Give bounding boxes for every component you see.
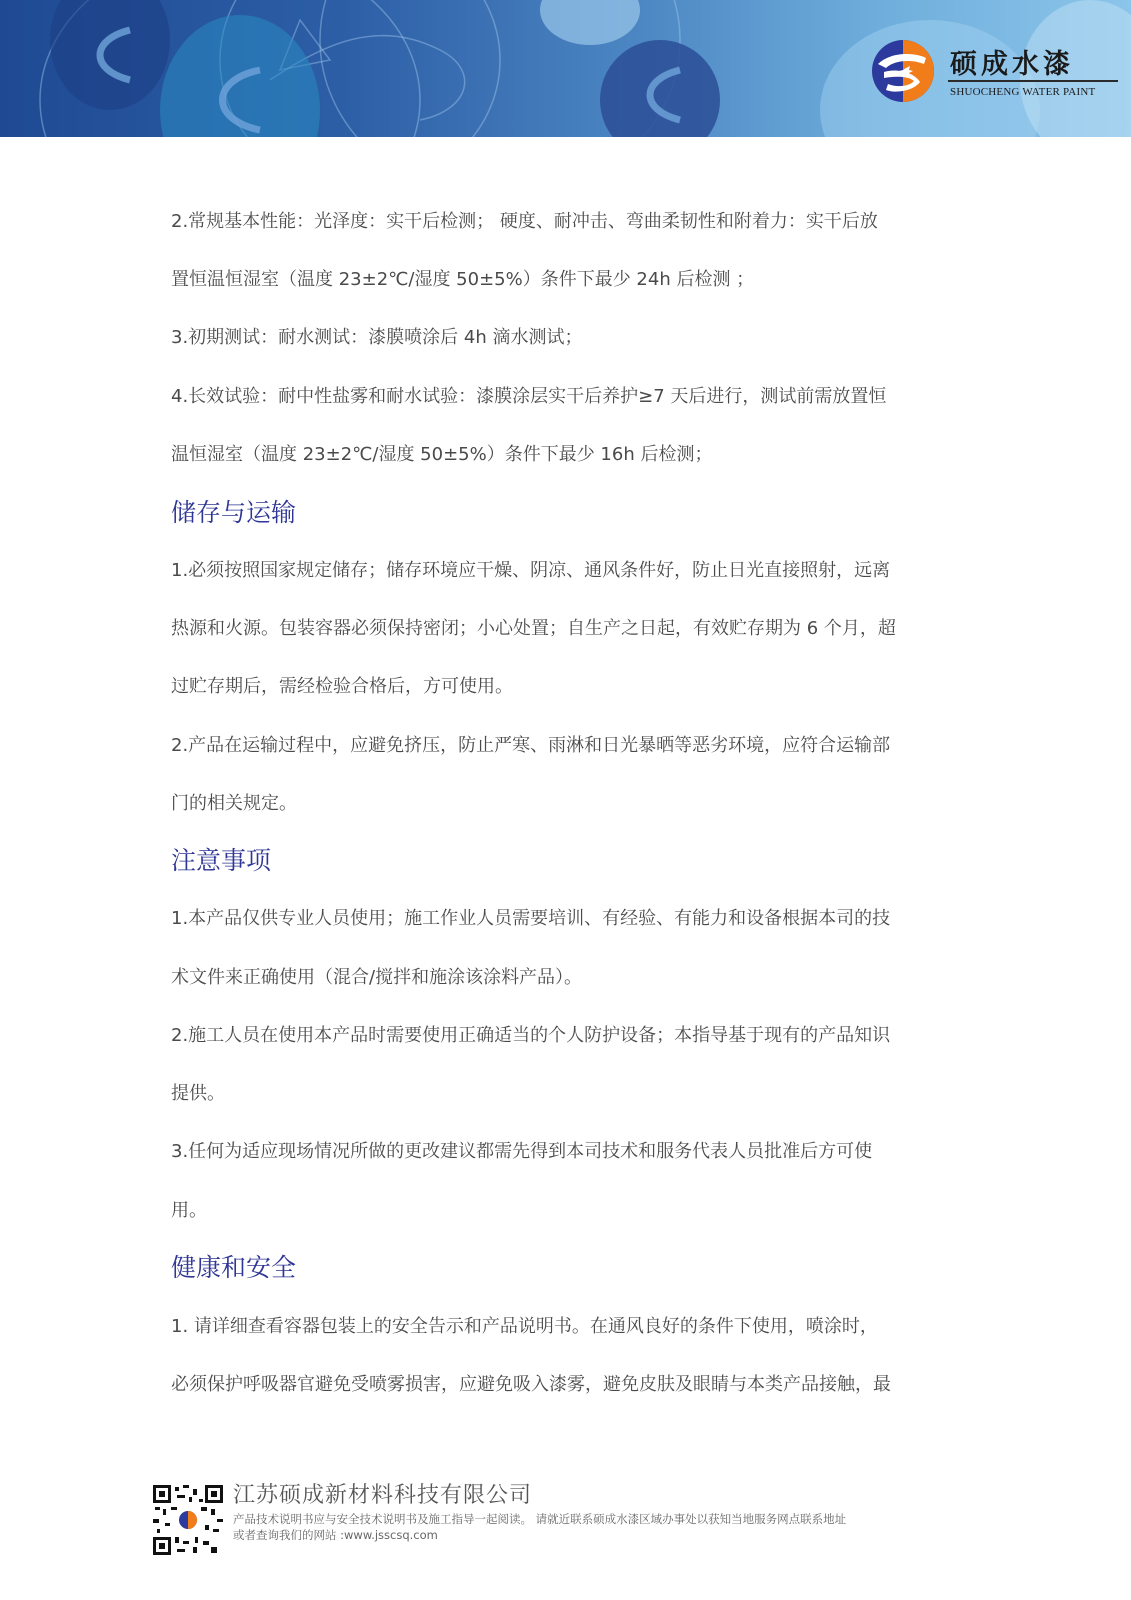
- brand-name-cn: 硕成水漆: [950, 42, 1074, 81]
- brand-name-en: SHUOCHENG WATER PAINT: [950, 86, 1095, 98]
- company-name: 江苏硕成新材料科技有限公司: [233, 1478, 532, 1509]
- paragraph-line: 3.任何为适应现场情况所做的更改建议都需先得到本司技术和服务代表人员批准后方可使: [171, 1140, 961, 1164]
- paragraph-line: 2.施工人员在使用本产品时需要使用正确适当的个人防护设备；本指导基于现有的产品知…: [171, 1024, 961, 1048]
- footer-website-note: 或者查询我们的网站 :www.jsscsq.com: [233, 1527, 953, 1543]
- brand-logo-icon: [870, 38, 936, 104]
- section-heading-precautions: 注意事项: [171, 846, 271, 876]
- paragraph-line: 3.初期测试：耐水测试：漆膜喷涂后 4h 滴水测试；: [171, 326, 961, 350]
- paragraph-line: 热源和火源。包装容器必须保持密闭；小心处置；自生产之日起，有效贮存期为 6 个月…: [171, 617, 961, 641]
- paragraph-line: 过贮存期后，需经检验合格后，方可使用。: [171, 675, 961, 699]
- paragraph-line: 门的相关规定。: [171, 792, 961, 816]
- paragraph-line: 1.本产品仅供专业人员使用；施工作业人员需要培训、有经验、有能力和设备根据本司的…: [171, 907, 961, 931]
- paragraph-line: 4.长效试验：耐中性盐雾和耐水试验：漆膜涂层实干后养护≥7 天后进行，测试前需放…: [171, 385, 961, 409]
- brand-divider: [948, 80, 1118, 82]
- section-heading-health-safety: 健康和安全: [171, 1253, 296, 1283]
- brand-logo: 硕成水漆 SHUOCHENG WATER PAINT: [870, 36, 1090, 108]
- header-banner: 硕成水漆 SHUOCHENG WATER PAINT: [0, 0, 1131, 137]
- paragraph-line: 2.产品在运输过程中，应避免挤压，防止严寒、雨淋和日光暴晒等恶劣环境，应符合运输…: [171, 734, 961, 758]
- paragraph-line: 提供。: [171, 1082, 961, 1106]
- qr-code-icon: [153, 1485, 223, 1555]
- paragraph-line: 1.必须按照国家规定储存；储存环境应干燥、阴凉、通风条件好，防止日光直接照射，远…: [171, 559, 961, 583]
- section-heading-storage: 储存与运输: [171, 498, 296, 528]
- footer-note: 产品技术说明书应与安全技术说明书及施工指导一起阅读。 请就近联系硕成水漆区域办事…: [233, 1511, 953, 1527]
- paragraph-line: 1. 请详细查看容器包装上的安全告示和产品说明书。在通风良好的条件下使用，喷涂时…: [171, 1315, 961, 1339]
- paragraph-line: 2.常规基本性能：光泽度：实干后检测； 硬度、耐冲击、弯曲柔韧性和附着力：实干后…: [171, 210, 961, 234]
- paragraph-line: 必须保护呼吸器官避免受喷雾损害，应避免吸入漆雾，避免皮肤及眼睛与本类产品接触，最: [171, 1373, 961, 1397]
- paragraph-line: 用。: [171, 1199, 961, 1223]
- paragraph-line: 置恒温恒湿室（温度 23±2℃/湿度 50±5%）条件下最少 24h 后检测 ；: [171, 268, 961, 292]
- paragraph-line: 术文件来正确使用（混合/搅拌和施涂该涂料产品）。: [171, 966, 961, 990]
- paragraph-line: 温恒湿室（温度 23±2℃/湿度 50±5%）条件下最少 16h 后检测；: [171, 443, 961, 467]
